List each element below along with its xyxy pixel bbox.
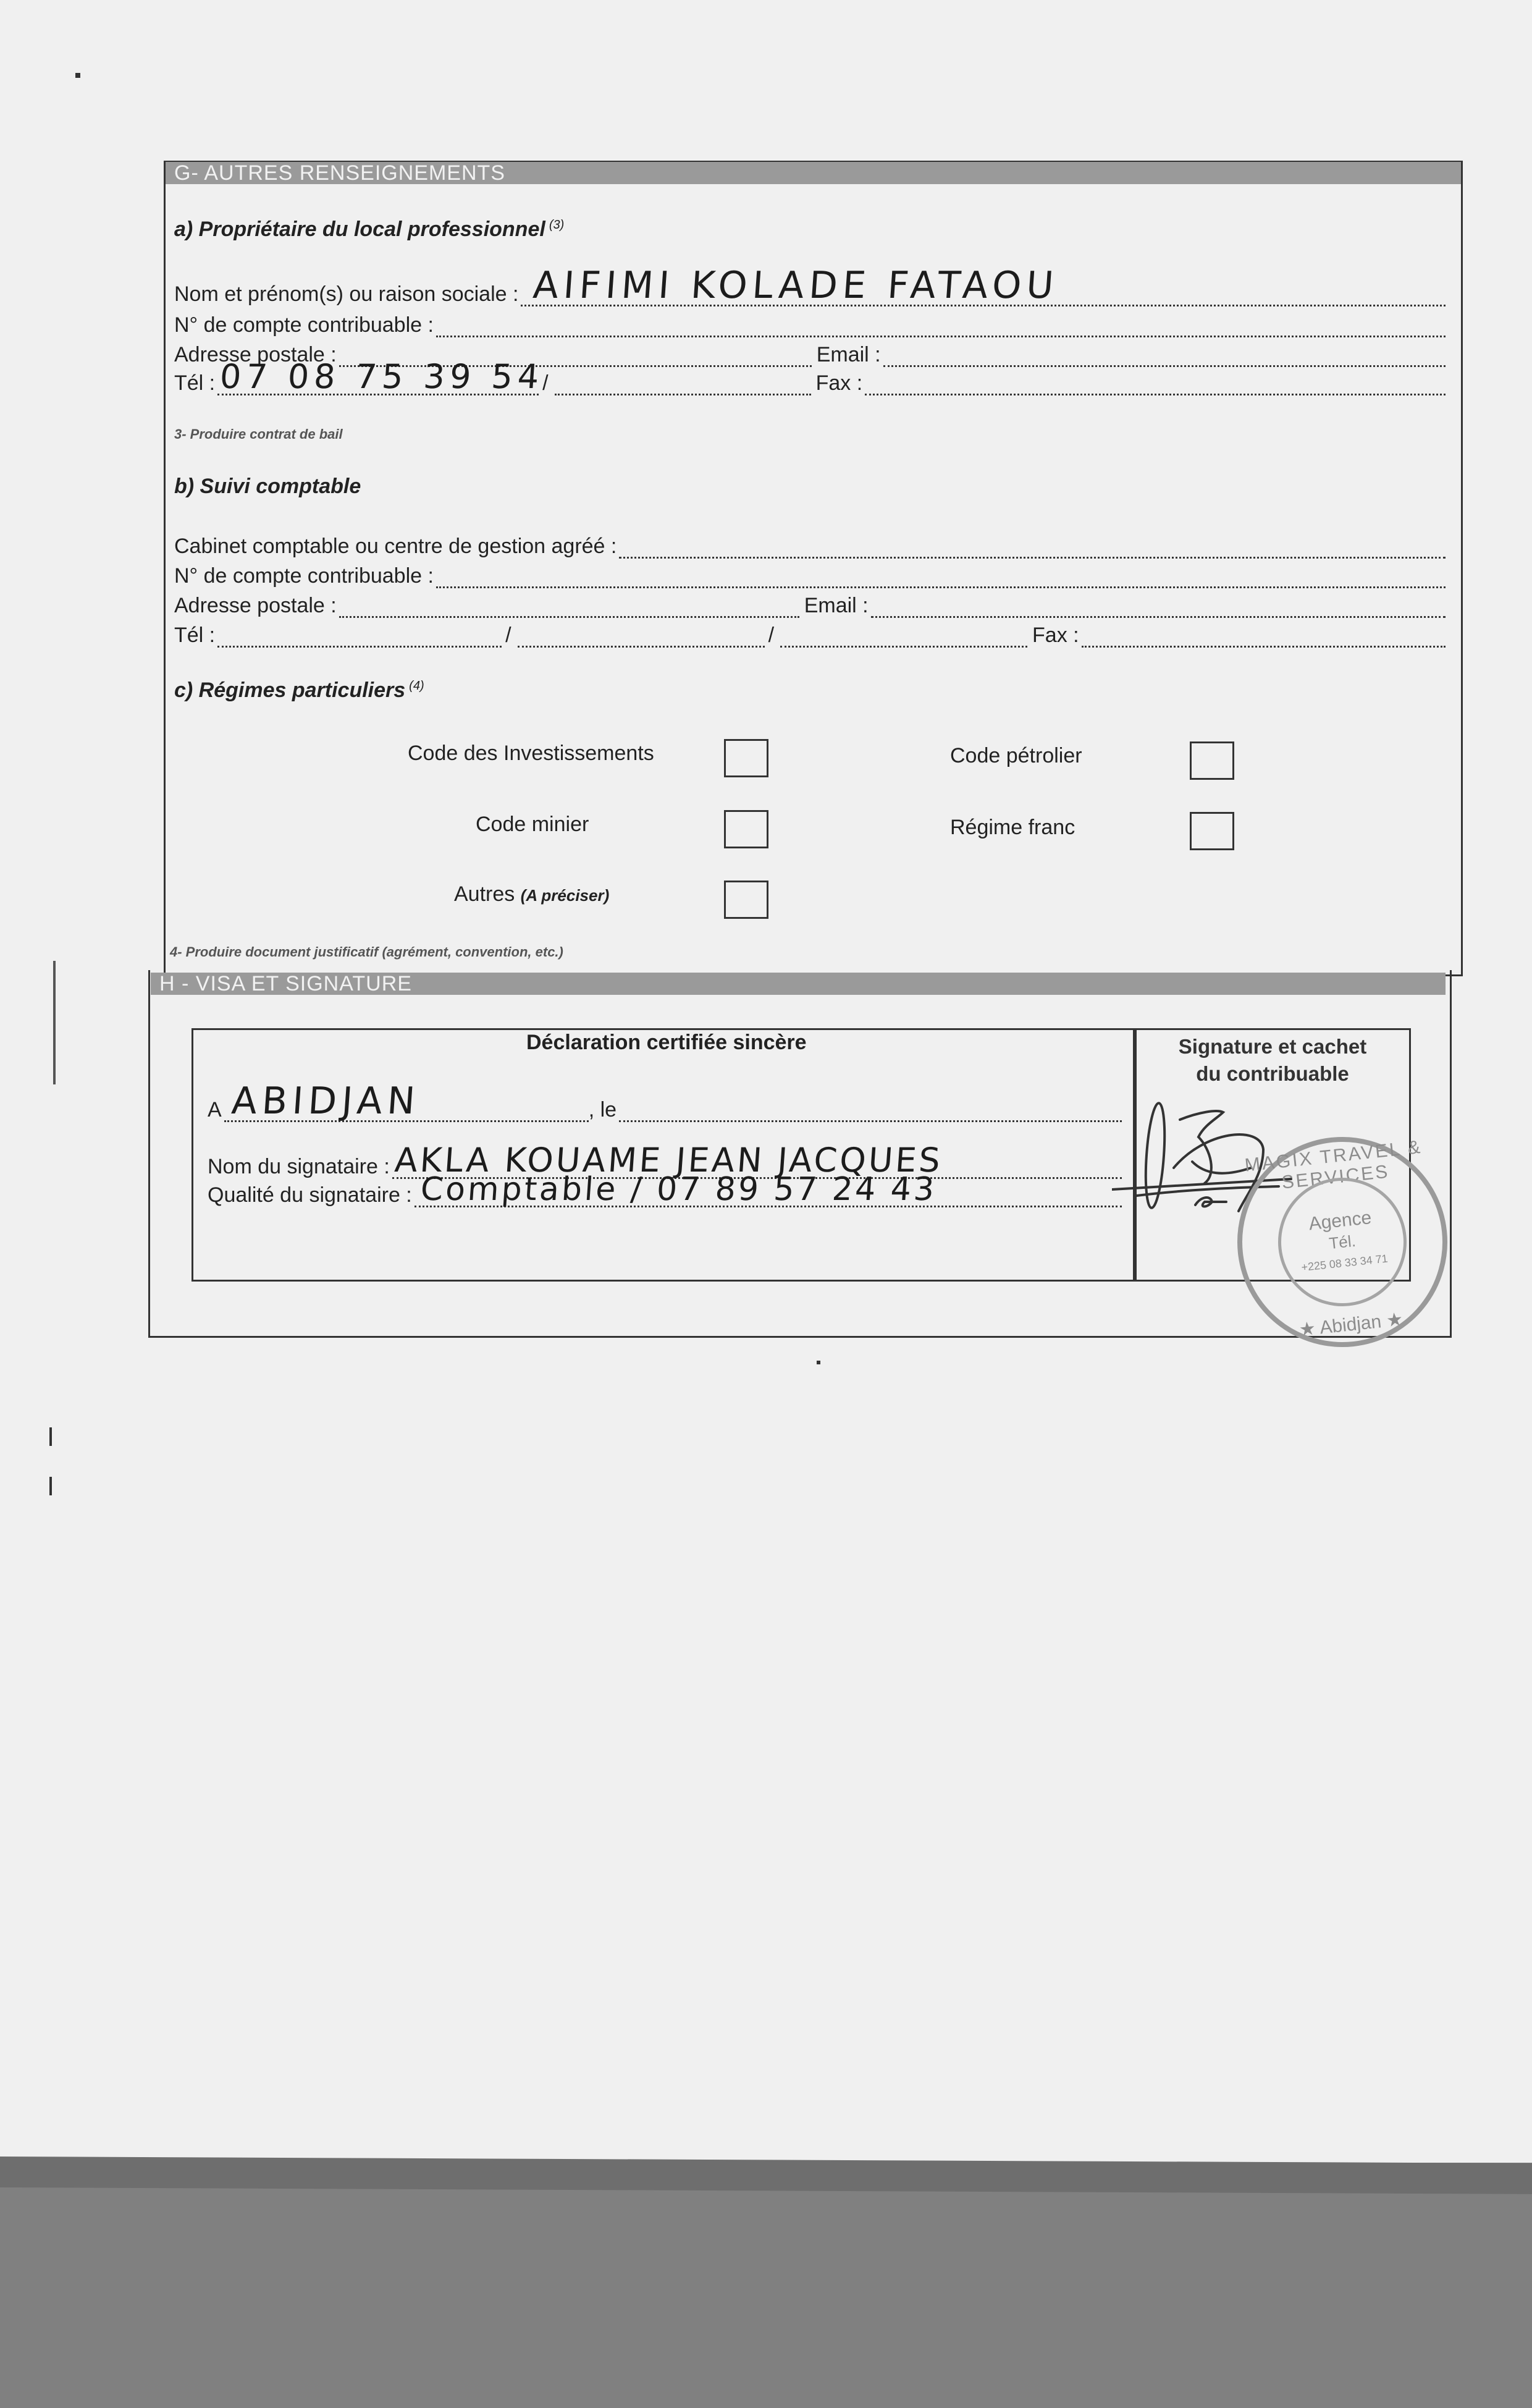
place-date-row: A ABIDJAN , le — [208, 1094, 1122, 1122]
scan-mark — [75, 73, 80, 78]
scanner-shadow — [0, 2157, 1532, 2194]
place-label: A — [208, 1098, 222, 1122]
accounting-firm-row: Cabinet comptable ou centre de gestion a… — [174, 530, 1446, 559]
quality-label: Qualité du signataire : — [208, 1183, 412, 1207]
accounting-tel1-field[interactable] — [217, 625, 502, 648]
owner-account-label: N° de compte contribuable : — [174, 313, 434, 337]
accounting-email-field[interactable] — [871, 596, 1446, 618]
accounting-fax-field[interactable] — [1082, 625, 1446, 648]
owner-tel-row: Tél : 07 08 75 39 54 / Fax : — [174, 367, 1446, 395]
place-field[interactable]: ABIDJAN — [224, 1100, 589, 1122]
accounting-tel2-field[interactable] — [518, 625, 765, 648]
accounting-account-row: N° de compte contribuable : — [174, 560, 1446, 588]
scan-mark — [817, 1361, 820, 1364]
quality-row: Qualité du signataire : Comptable / 07 8… — [208, 1179, 1122, 1207]
quality-value: Comptable / 07 89 57 24 43 — [419, 1171, 938, 1208]
owner-name-value: AIFIMI KOLADE FATAOU — [532, 264, 1060, 307]
accounting-tel-label: Tél : — [174, 623, 215, 648]
regimes-title: c) Régimes particuliers(4) — [174, 678, 424, 703]
section-h-header: H - VISA ET SIGNATURE — [151, 973, 1446, 995]
regime-label-autres: Autres (A préciser) — [454, 882, 609, 906]
stamp-center: Agence Tél. +225 08 33 34 71 — [1272, 1172, 1413, 1313]
scan-mark — [49, 1427, 52, 1446]
footnote-ref: (3) — [549, 218, 564, 232]
checkbox-autres[interactable] — [724, 881, 768, 919]
regime-label-petrolier: Code pétrolier — [950, 744, 1082, 768]
accounting-address-row: Adresse postale : Email : — [174, 589, 1446, 618]
scanned-page: G- AUTRES RENSEIGNEMENTS a) Propriétaire… — [0, 0, 1532, 2163]
signature-title: Signature et cachet du contribuable — [1161, 1033, 1384, 1088]
footnote-ref: (4) — [409, 679, 424, 693]
date-label: , le — [589, 1098, 617, 1122]
checkbox-code-minier[interactable] — [724, 810, 768, 848]
owner-account-field[interactable] — [436, 315, 1446, 337]
checkbox-code-petrolier[interactable] — [1190, 741, 1234, 780]
regime-label-franc: Régime franc — [950, 816, 1075, 840]
tel-separator: / — [768, 623, 774, 648]
accounting-tel3-field[interactable] — [780, 625, 1027, 648]
owner-fax-label: Fax : — [816, 371, 863, 395]
accounting-firm-field[interactable] — [619, 536, 1446, 559]
regimes-footnote: 4- Produire document justificatif (agrém… — [170, 944, 563, 960]
checkbox-regime-franc[interactable] — [1190, 812, 1234, 850]
place-value: ABIDJAN — [230, 1079, 421, 1123]
scan-mark — [49, 1477, 52, 1495]
accounting-email-label: Email : — [804, 594, 869, 618]
owner-account-row: N° de compte contribuable : — [174, 309, 1446, 337]
owner-tel-value: 07 08 75 39 54 — [219, 357, 545, 396]
scan-mark — [53, 961, 56, 1084]
stamp-ring-bottom: ★ Abidjan ★ — [1250, 1303, 1452, 1346]
accounting-address-field[interactable] — [339, 596, 799, 618]
owner-title: a) Propriétaire du local professionnel(3… — [174, 218, 564, 242]
signatory-label: Nom du signataire : — [208, 1155, 390, 1179]
declaration-title: Déclaration certifiée sincère — [526, 1031, 807, 1055]
regime-label-investissements: Code des Investissements — [408, 741, 654, 766]
owner-tel-field[interactable]: 07 08 75 39 54 — [217, 373, 539, 395]
owner-email-field[interactable] — [883, 345, 1446, 367]
accounting-account-label: N° de compte contribuable : — [174, 564, 434, 588]
date-field[interactable] — [619, 1100, 1122, 1122]
owner-name-field[interactable]: AIFIMI KOLADE FATAOU — [521, 284, 1446, 306]
owner-name-label: Nom et prénom(s) ou raison sociale : — [174, 282, 518, 306]
owner-fax-field[interactable] — [865, 373, 1446, 395]
regime-autres-sublabel: (A préciser) — [521, 886, 610, 905]
tel-separator: / — [505, 623, 511, 648]
owner-email-label: Email : — [817, 343, 881, 367]
owner-tel2-field[interactable] — [555, 373, 811, 395]
accounting-firm-label: Cabinet comptable ou centre de gestion a… — [174, 534, 617, 559]
owner-footnote: 3- Produire contrat de bail — [174, 426, 343, 442]
accounting-tel-row: Tél : / / Fax : — [174, 619, 1446, 648]
accounting-account-field[interactable] — [436, 566, 1446, 588]
accounting-title: b) Suivi comptable — [174, 475, 361, 499]
accounting-fax-label: Fax : — [1032, 623, 1079, 648]
owner-tel-label: Tél : — [174, 371, 215, 395]
regime-label-minier: Code minier — [476, 813, 589, 837]
company-stamp: MAGIX TRAVEL & SERVICES Agence Tél. +225… — [1227, 1126, 1458, 1358]
checkbox-code-investissements[interactable] — [724, 739, 768, 777]
quality-field[interactable]: Comptable / 07 89 57 24 43 — [415, 1185, 1122, 1207]
section-g-header: G- AUTRES RENSEIGNEMENTS — [166, 162, 1461, 184]
accounting-address-label: Adresse postale : — [174, 594, 337, 618]
owner-name-row: Nom et prénom(s) ou raison sociale : AIF… — [174, 278, 1446, 306]
